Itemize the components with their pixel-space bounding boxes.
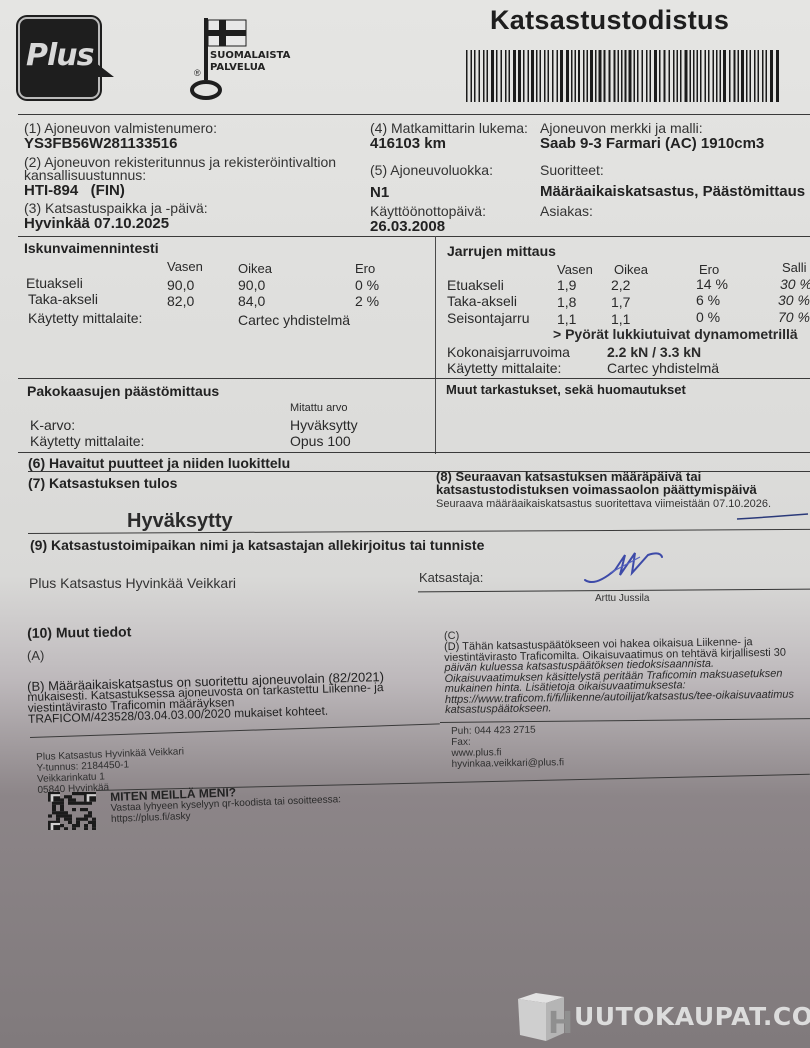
plus-logo-text: Plus bbox=[26, 38, 93, 73]
brake-row-right: 2,2 bbox=[611, 277, 630, 293]
badge-text-line-1: SUOMALAISTA bbox=[210, 50, 290, 62]
class-label: (5) Ajoneuvoluokka: bbox=[370, 162, 493, 178]
divider bbox=[18, 114, 810, 115]
qr-code[interactable] bbox=[48, 792, 96, 830]
odometer-value: 416103 km bbox=[370, 135, 446, 152]
brake-row-left: 1,9 bbox=[557, 277, 576, 293]
brake-test-title: Jarrujen mittaus bbox=[447, 243, 556, 259]
k-value-label: K-arvo: bbox=[30, 417, 75, 433]
divider bbox=[18, 236, 810, 237]
station-name: Plus Katsastus Hyvinkää Veikkari bbox=[29, 575, 236, 591]
signature-line bbox=[418, 589, 810, 593]
brake-row-right: 1,1 bbox=[611, 311, 630, 327]
brake-row-allowed: 30 % bbox=[778, 292, 810, 308]
badge-text-line-2: PALVELUA bbox=[210, 62, 290, 74]
intro-date-value: 26.03.2008 bbox=[370, 218, 445, 235]
k-value: Hyväksytty bbox=[290, 417, 358, 433]
key-flag-logo: SUOMALAISTA PALVELUA ® bbox=[190, 15, 290, 105]
reg-value: HTI-894 (FIN) bbox=[24, 182, 125, 199]
emission-device-value: Opus 100 bbox=[290, 433, 351, 449]
brake-device-label: Käytetty mittalaite: bbox=[447, 360, 561, 376]
place-label: (3) Katsastuspaikka ja -päivä: bbox=[24, 200, 208, 216]
shock-row-right: 84,0 bbox=[238, 293, 265, 309]
shock-device-label: Käytetty mittalaite: bbox=[28, 310, 142, 326]
document-title: Katsastustodistus bbox=[490, 5, 729, 36]
vin-value: YS3FB56W281133516 bbox=[24, 135, 177, 152]
col-right: Oikea bbox=[614, 262, 648, 277]
emission-device-label: Käytetty mittalaite: bbox=[30, 433, 144, 449]
shock-row-left: 82,0 bbox=[167, 293, 194, 309]
class-value: N1 bbox=[370, 184, 389, 201]
customer-label: Asiakas: bbox=[540, 203, 593, 219]
brake-device-value: Cartec yhdistelmä bbox=[607, 360, 719, 376]
shock-device-value: Cartec yhdistelmä bbox=[238, 312, 350, 328]
shock-row-left: 90,0 bbox=[167, 277, 194, 293]
brake-row-label: Seisontajarru bbox=[447, 310, 530, 326]
brake-row-label: Taka-akseli bbox=[447, 293, 517, 309]
brake-row-right: 1,7 bbox=[611, 294, 630, 310]
brake-total-value: 2.2 kN / 3.3 kN bbox=[607, 344, 701, 360]
col-allowed: Salli bbox=[782, 260, 807, 275]
other-info-b: (B) Määräaikaiskatsastus on suoritettu a… bbox=[27, 669, 448, 725]
place-value: Hyvinkää 07.10.2025 bbox=[24, 215, 169, 232]
shock-row-right: 90,0 bbox=[238, 277, 265, 293]
signature-icon bbox=[580, 545, 670, 590]
col-left: Vasen bbox=[167, 259, 203, 274]
services-value: Määräaikaiskatsastus, Päästömittaus bbox=[540, 183, 805, 200]
survey-block: MITEN MEILLÄ MENI? Vastaa lyhyeen kysely… bbox=[110, 783, 342, 825]
shock-row-label: Etuakseli bbox=[26, 275, 83, 291]
col-right: Oikea bbox=[238, 261, 272, 276]
signature-title: (9) Katsastustoimipaikan nimi ja katsast… bbox=[30, 537, 484, 553]
defects-title: (6) Havaitut puutteet ja niiden luokitte… bbox=[28, 455, 290, 471]
brake-row-label: Etuakseli bbox=[447, 277, 504, 293]
col-left: Vasen bbox=[557, 262, 593, 277]
make-value: Saab 9-3 Farmari (AC) 1910cm3 bbox=[540, 135, 764, 152]
watermark-text: UUTOKAUPAT.COM bbox=[574, 1002, 810, 1031]
brake-row-left: 1,8 bbox=[557, 294, 576, 310]
brake-row-allowed: 30 % bbox=[780, 276, 810, 292]
other-info-a: (A) bbox=[27, 648, 44, 663]
vin-label: (1) Ajoneuvon valmistenumero: bbox=[24, 120, 217, 136]
shock-row-label: Taka-akseli bbox=[28, 291, 98, 307]
barcode bbox=[466, 50, 780, 102]
brake-note: > Pyörät lukkiutuivat dynamometrillä bbox=[553, 326, 798, 342]
result-title: (7) Katsastuksen tulos bbox=[28, 475, 177, 491]
measured-value-header: Mitattu arvo bbox=[290, 402, 347, 414]
next-inspection-title: (8) Seuraavan katsastuksen määräpäivä ta… bbox=[436, 470, 757, 496]
registered-mark: ® bbox=[194, 68, 201, 78]
brake-row-diff: 0 % bbox=[696, 309, 720, 325]
reg-label-2: kansallisuustunnus: bbox=[24, 167, 146, 183]
inspector-label: Katsastaja: bbox=[419, 570, 483, 585]
other-checks-title: Muut tarkastukset, sekä huomautukset bbox=[446, 382, 686, 397]
next-inspection-title-line-2: katsastustodistuksen voimassaolon päätty… bbox=[436, 483, 757, 496]
divider bbox=[440, 718, 810, 723]
footer-email: hyvinkaa.veikkari@plus.fi bbox=[452, 757, 565, 770]
divider bbox=[18, 378, 810, 379]
divider bbox=[30, 723, 440, 738]
brake-total-label: Kokonaisjarruvoima bbox=[447, 344, 570, 360]
box-logo-icon: H bbox=[516, 991, 572, 1041]
services-label: Suoritteet: bbox=[540, 162, 604, 178]
pen-underline bbox=[735, 512, 810, 522]
other-info-d: (D) Tähän katsastuspäätökseen voi hakea … bbox=[444, 636, 810, 715]
shock-row-diff: 0 % bbox=[355, 277, 379, 293]
plus-logo: Plus bbox=[18, 17, 100, 99]
shock-test-title: Iskunvaimennintesti bbox=[24, 240, 159, 256]
shock-row-diff: 2 % bbox=[355, 293, 379, 309]
brake-row-diff: 6 % bbox=[696, 292, 720, 308]
result-value: Hyväksytty bbox=[127, 510, 233, 533]
odometer-label: (4) Matkamittarin lukema: bbox=[370, 120, 528, 136]
divider bbox=[18, 452, 810, 453]
col-diff: Ero bbox=[699, 262, 719, 277]
watermark: H UUTOKAUPAT.COM bbox=[516, 991, 810, 1041]
intro-date-label: Käyttöönottopäivä: bbox=[370, 203, 486, 219]
brake-row-allowed: 70 % bbox=[778, 309, 810, 325]
col-diff: Ero bbox=[355, 261, 375, 276]
badge-text: SUOMALAISTA PALVELUA bbox=[210, 50, 290, 74]
next-inspection-text: Seuraava määräaikaiskatsastus suoritetta… bbox=[436, 498, 771, 510]
other-info-title: (10) Muut tiedot bbox=[27, 623, 131, 641]
box-logo-letter: H bbox=[548, 1006, 572, 1041]
inspection-certificate: Plus SUOMALAISTA PALVELUA ® Katsastustod… bbox=[0, 0, 810, 1048]
emission-title: Pakokaasujen päästömittaus bbox=[27, 383, 219, 399]
speech-tail-icon bbox=[96, 63, 114, 77]
make-label: Ajoneuvon merkki ja malli: bbox=[540, 120, 703, 136]
divider-vertical bbox=[435, 236, 436, 454]
brake-row-left: 1,1 bbox=[557, 311, 576, 327]
brake-row-diff: 14 % bbox=[696, 276, 728, 292]
footer-contact-block: Puh: 044 423 2715 Fax: www.plus.fi hyvin… bbox=[451, 724, 564, 770]
inspector-name: Arttu Jussila bbox=[595, 593, 649, 604]
